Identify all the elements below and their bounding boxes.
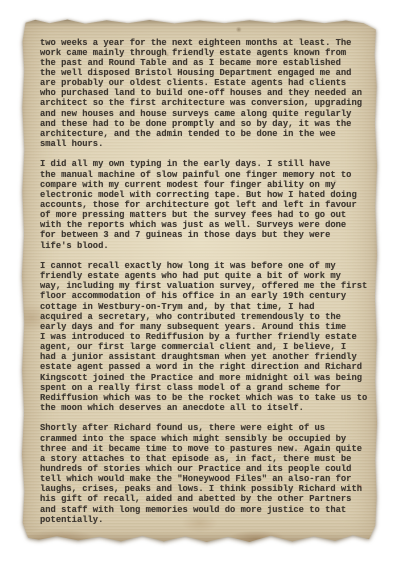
- paragraph-2: I did all my own typing in the early day…: [40, 159, 372, 250]
- paper-shadow: two weeks a year for the next eighteen m…: [0, 0, 400, 565]
- scan-background: two weeks a year for the next eighteen m…: [0, 0, 400, 565]
- paragraph-1: two weeks a year for the next eighteen m…: [40, 38, 372, 150]
- paragraph-4: Shortly after Richard found us, there we…: [40, 423, 372, 525]
- paragraph-3: I cannot recall exactly how long it was …: [40, 261, 372, 413]
- paper-page: two weeks a year for the next eighteen m…: [21, 18, 378, 544]
- typed-text-block: two weeks a year for the next eighteen m…: [40, 38, 372, 536]
